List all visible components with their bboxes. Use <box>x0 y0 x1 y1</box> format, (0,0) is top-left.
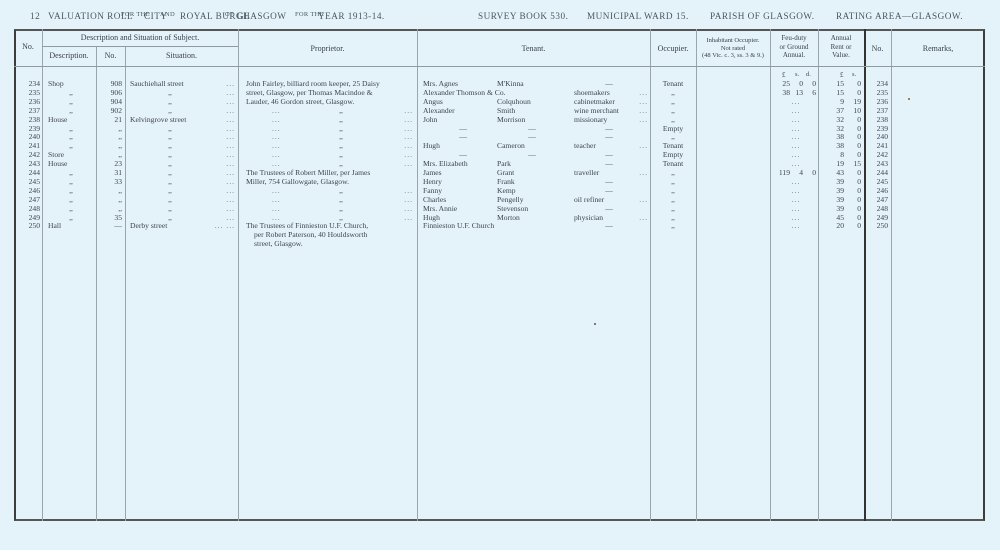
header-remarks: Remarks, <box>891 44 985 53</box>
col-divider <box>770 29 771 521</box>
annual-shilling-unit: s. <box>852 71 856 80</box>
header-occupier: Occupier. <box>650 44 696 53</box>
header-description-group: Description and Situation of Subject. <box>42 33 238 42</box>
subheader-rule <box>42 46 238 47</box>
header-feu-line: Feu-duty <box>770 34 818 43</box>
row-tenant-occupation-dots: ... <box>634 142 648 151</box>
header-feu-line: Annual. <box>770 51 818 60</box>
col-divider <box>818 29 819 521</box>
paper-speck <box>908 98 910 100</box>
row-feu-pounds: 119 <box>772 169 790 178</box>
header-street-no: No. <box>96 51 125 60</box>
row-situation: Derby street <box>130 222 210 231</box>
row-tenant-last: Morton <box>497 214 567 223</box>
row-tenant-occupation-dots: ... <box>634 214 648 223</box>
row-tenant-occupation: — <box>574 222 644 231</box>
header-rule <box>14 66 985 67</box>
col-divider <box>238 29 239 521</box>
row-tenant-occupation-dots: ... <box>634 196 648 205</box>
feu-pence-unit: d. <box>806 71 811 80</box>
survey-book: SURVEY BOOK 530. <box>478 11 568 21</box>
row-annual-pounds: 20 <box>822 222 844 231</box>
paper-speck <box>594 323 596 325</box>
header-inhabitant-line: Inhabitant Occupier. <box>696 37 770 45</box>
header-feu-duty: Feu-duty or Ground Annual. <box>770 34 818 60</box>
rating-area: RATING AREA—GLASGOW. <box>836 11 963 21</box>
row-street-number: — <box>96 222 122 231</box>
col-divider <box>125 47 126 521</box>
row-tenant-last: M'Kinna <box>497 80 567 89</box>
col-divider <box>42 29 43 521</box>
col-divider <box>417 29 418 521</box>
page-header: 12VALUATION ROLLFOR THECITYANDROYAL BURG… <box>0 11 1000 25</box>
row-feu-dots: ... <box>786 222 806 231</box>
row-number-right: 250 <box>866 222 888 231</box>
row-tenant-occupation-dots: ... <box>634 169 648 178</box>
page-title-part: YEAR 1913-14. <box>318 11 385 21</box>
header-annual-line: Rent or <box>818 43 864 52</box>
row-tenant-occupation-dots: ... <box>634 116 648 125</box>
header-proprietor: Proprietor. <box>238 44 417 53</box>
row-number: 250 <box>14 222 40 231</box>
header-description: Description. <box>42 51 96 60</box>
header-feu-line: or Ground <box>770 43 818 52</box>
header-no: No. <box>14 42 42 51</box>
row-annual-shillings: 0 <box>846 222 861 231</box>
col-divider <box>696 29 697 521</box>
header-tenant: Tenant. <box>417 44 650 53</box>
row-tenant-first: Finnieston U.F. Church <box>423 222 503 231</box>
header-situation: Situation. <box>125 51 238 60</box>
header-no-right: No. <box>864 44 891 53</box>
proprietor-dots: ... <box>393 214 413 223</box>
row-feu-pence: 6 <box>804 89 816 98</box>
proprietor-dots: ... <box>393 160 413 169</box>
row-proprietor-continuation: street, Glasgow. <box>254 240 416 249</box>
row-feu-pounds: 38 <box>772 89 790 98</box>
page-number: 12 <box>30 11 40 21</box>
page-title-part: GLASGOW <box>237 11 286 21</box>
row-occupier: ,, <box>651 222 695 231</box>
municipal-ward: MUNICIPAL WARD 15. <box>587 11 689 21</box>
header-inhabitant-occupier: Inhabitant Occupier. Not rated (48 Vic. … <box>696 37 770 60</box>
header-annual-line: Value. <box>818 51 864 60</box>
row-feu-pence: 0 <box>804 169 816 178</box>
col-divider <box>891 29 892 521</box>
parish: PARISH OF GLASGOW. <box>710 11 815 21</box>
header-annual-rent: Annual Rent or Value. <box>818 34 864 60</box>
page-title-part: OF <box>225 11 234 18</box>
row-description: Hall <box>48 222 94 231</box>
row-situation-dots: ... ... <box>205 222 235 231</box>
page-title-part: AND <box>160 11 175 18</box>
header-inhabitant-line: Not rated <box>696 45 770 53</box>
header-inhabitant-line: (48 Vic. c. 3, ss. 3 & 9.) <box>696 52 770 60</box>
header-annual-line: Annual <box>818 34 864 43</box>
